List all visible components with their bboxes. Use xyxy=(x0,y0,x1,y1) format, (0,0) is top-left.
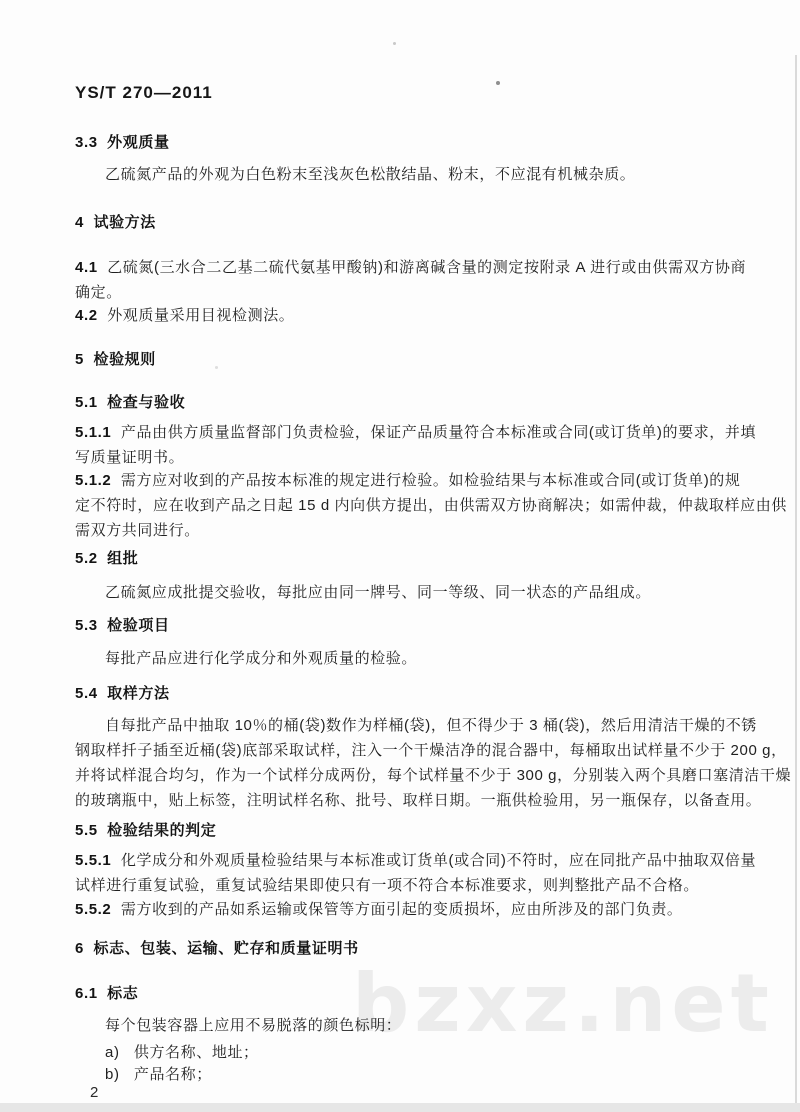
text-line: 钢取样扦子插至近桶(袋)底部采取试样，注入一个干燥洁净的混合器中，每桶取出试样量… xyxy=(75,738,740,763)
text-line: 4.2 外观质量采用目视检测法。 xyxy=(75,303,740,328)
paragraph-test-items: 每批产品应进行化学成分和外观质量的检验。 xyxy=(75,646,740,671)
section-heading-5-1: 5.1 检查与验收 xyxy=(75,390,740,415)
text-line: 5.1.2 需方应对收到的产品按本标准的规定进行检验。如检验结果与本标准或合同(… xyxy=(75,468,740,493)
text-line: 5.2 组批 xyxy=(75,546,740,571)
text-line: 乙硫氮产品的外观为白色粉末至浅灰色松散结晶、粉末，不应混有机械杂质。 xyxy=(75,162,740,187)
section-heading-6-1: 6.1 标志 xyxy=(75,981,740,1006)
clause-4-2: 4.2 外观质量采用目视检测法。 xyxy=(75,303,740,328)
text-line: 需双方共同进行。 xyxy=(75,518,740,543)
text-line: 乙硫氮应成批提交验收，每批应由同一牌号、同一等级、同一状态的产品组成。 xyxy=(75,580,740,605)
paragraph-batch: 乙硫氮应成批提交验收，每批应由同一牌号、同一等级、同一状态的产品组成。 xyxy=(75,580,740,605)
text-line: 每批产品应进行化学成分和外观质量的检验。 xyxy=(75,646,740,671)
text-line: 试样进行重复试验，重复试验结果即使只有一项不符合本标准要求，则判整批产品不合格。 xyxy=(75,873,740,898)
chapter-heading-6: 6 标志、包装、运输、贮存和质量证明书 xyxy=(75,936,740,961)
clause-5-5-2: 5.5.2 需方收到的产品如系运输或保管等方面引起的变质损坏，应由所涉及的部门负… xyxy=(75,897,740,922)
clause-5-1-2: 5.1.2 需方应对收到的产品按本标准的规定进行检验。如检验结果与本标准或合同(… xyxy=(75,468,740,543)
text-line: 5 检验规则 xyxy=(75,347,740,372)
section-heading-3-3: 3.3 外观质量 xyxy=(75,130,740,155)
scanned-document-page: bzxz.net YS/T 270—2011 3.3 外观质量 乙硫氮产品的外观… xyxy=(0,0,800,1112)
text-line: 5.5.1 化学成分和外观质量检验结果与本标准或订货单(或合同)不符时，应在同批… xyxy=(75,848,740,873)
paragraph-marking: 每个包装容器上应用不易脱落的颜色标明： xyxy=(75,1013,740,1038)
section-heading-5-4: 5.4 取样方法 xyxy=(75,681,740,706)
section-heading-5-3: 5.3 检验项目 xyxy=(75,613,740,638)
text-line: 4 试验方法 xyxy=(75,210,740,235)
chapter-heading-4: 4 试验方法 xyxy=(75,210,740,235)
chapter-heading-5: 5 检验规则 xyxy=(75,347,740,372)
text-line: 5.3 检验项目 xyxy=(75,613,740,638)
text-line: 5.5 检验结果的判定 xyxy=(75,818,740,843)
text-line: 5.1.1 产品由供方质量监督部门负责检验，保证产品质量符合本标准或合同(或订货… xyxy=(75,420,740,445)
section-heading-5-5: 5.5 检验结果的判定 xyxy=(75,818,740,843)
scan-speck xyxy=(393,42,396,45)
scan-edge-line xyxy=(795,55,797,1105)
text-line: 定不符时，应在收到产品之日起 15 d 内向供方提出，由供需双方协商解决；如需仲… xyxy=(75,493,740,518)
text-line: 确定。 xyxy=(75,280,740,305)
text-line: 6 标志、包装、运输、贮存和质量证明书 xyxy=(75,936,740,961)
text-line: 5.4 取样方法 xyxy=(75,681,740,706)
clause-5-5-1: 5.5.1 化学成分和外观质量检验结果与本标准或订货单(或合同)不符时，应在同批… xyxy=(75,848,740,898)
clause-5-1-1: 5.1.1 产品由供方质量监督部门负责检验，保证产品质量符合本标准或合同(或订货… xyxy=(75,420,740,470)
text-line: 5.5.2 需方收到的产品如系运输或保管等方面引起的变质损坏，应由所涉及的部门负… xyxy=(75,897,740,922)
text-line: 的玻璃瓶中，贴上标签，注明试样名称、批号、取样日期。一瓶供检验用，另一瓶保存，以… xyxy=(75,788,740,813)
text-line: 5.1 检查与验收 xyxy=(75,390,740,415)
clause-4-1: 4.1 乙硫氮(三水合二乙基二硫代氨基甲酸钠)和游离碱含量的测定按附录 A 进行… xyxy=(75,255,740,305)
section-heading-5-2: 5.2 组批 xyxy=(75,546,740,571)
scan-edge-strip xyxy=(0,1103,800,1112)
text-line: 写质量证明书。 xyxy=(75,445,740,470)
list-item-b: b) 产品名称； xyxy=(105,1062,770,1087)
paragraph-sampling: 自每批产品中抽取 10％的桶(袋)数作为样桶(袋)，但不得少于 3 桶(袋)，然… xyxy=(75,713,740,813)
text-line: 每个包装容器上应用不易脱落的颜色标明： xyxy=(75,1013,740,1038)
text-line: 自每批产品中抽取 10％的桶(袋)数作为样桶(袋)，但不得少于 3 桶(袋)，然… xyxy=(75,713,740,738)
page-number: 2 xyxy=(90,1082,98,1104)
scan-speck xyxy=(496,81,500,85)
text-line: 3.3 外观质量 xyxy=(75,130,740,155)
text-line: 4.1 乙硫氮(三水合二乙基二硫代氨基甲酸钠)和游离碱含量的测定按附录 A 进行… xyxy=(75,255,740,280)
text-line: 并将试样混合均匀，作为一个试样分成两份，每个试样量不少于 300 g，分别装入两… xyxy=(75,763,740,788)
text-line: b) 产品名称； xyxy=(105,1062,770,1087)
paragraph-appearance: 乙硫氮产品的外观为白色粉末至浅灰色松散结晶、粉末，不应混有机械杂质。 xyxy=(75,162,740,187)
text-line: 6.1 标志 xyxy=(75,981,740,1006)
standard-code-header: YS/T 270—2011 xyxy=(75,84,213,101)
